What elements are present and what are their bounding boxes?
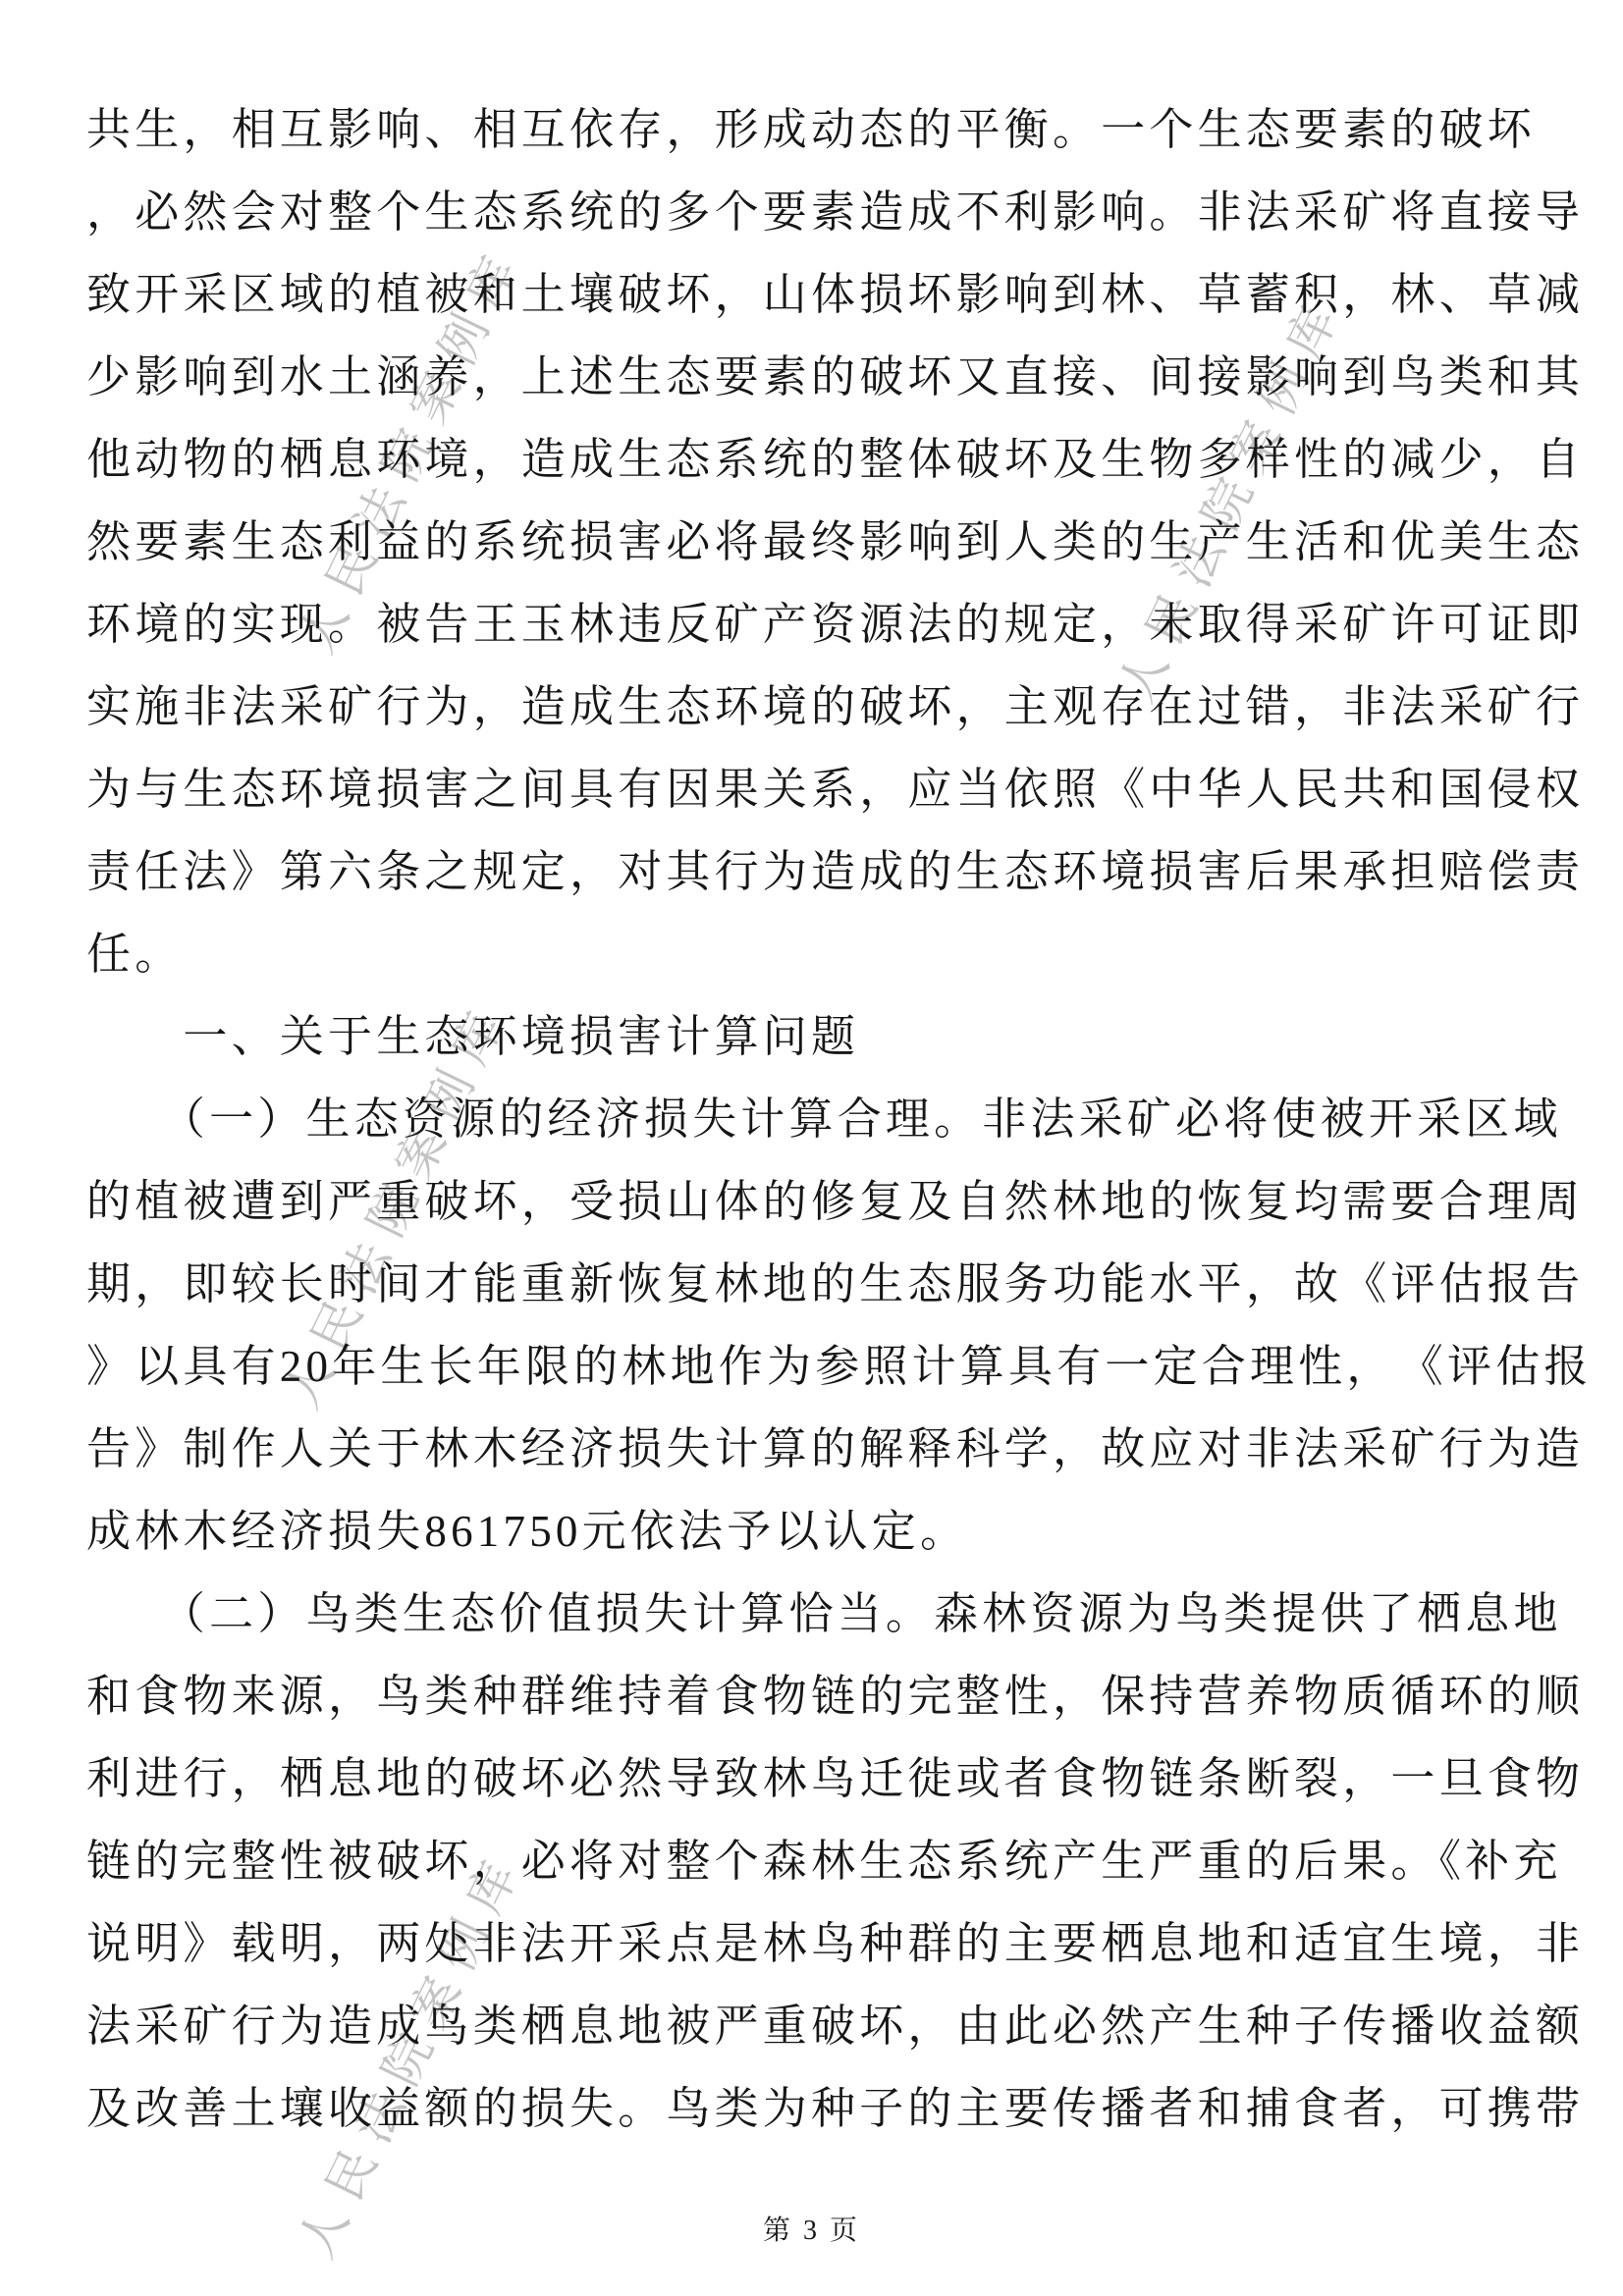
text-line: 链的完整性被破坏，必将对整个森林生态系统产生严重的后果。《补充 [86, 1820, 1537, 1902]
text-line: 环境的实现。被告王玉林违反矿产资源法的规定，未取得采矿许可证即 [86, 583, 1537, 666]
text-line: 及改善土壤收益额的损失。鸟类为种子的主要传播者和捕食者，可携带 [86, 2067, 1537, 2150]
text-line: （一）生态资源的经济损失计算合理。非法采矿必将使被开采区域 [86, 1078, 1537, 1160]
text-line: 致开采区域的植被和土壤破坏，山体损坏影响到林、草蓄积，林、草减 [86, 253, 1537, 336]
text-line: 期，即较长时间才能重新恢复林地的生态服务功能水平，故《评估报告 [86, 1243, 1537, 1325]
text-line: 为与生态环境损害之间具有因果关系，应当依照《中华人民共和国侵权 [86, 748, 1537, 830]
page-number: 第 3 页 [0, 2209, 1623, 2248]
text-line: 成林木经济损失861750元依法予以认定。 [86, 1490, 1537, 1573]
text-line: 然要素生态利益的系统损害必将最终影响到人类的生产生活和优美生态 [86, 501, 1537, 583]
text-line: 说明》载明，两处非法开采点是林鸟种群的主要栖息地和适宜生境，非 [86, 1902, 1537, 1985]
document-page: { "document": { "watermark": { "text": "… [0, 0, 1623, 2296]
text-line: 少影响到水土涵养，上述生态要素的破坏又直接、间接影响到鸟类和其 [86, 336, 1537, 418]
text-line: 他动物的栖息环境，造成生态系统的整体破坏及生物多样性的减少，自 [86, 418, 1537, 501]
text-line: 实施非法采矿行为，造成生态环境的破坏，主观存在过错，非法采矿行 [86, 666, 1537, 748]
text-line: 告》制作人关于林木经济损失计算的解释科学，故应对非法采矿行为造 [86, 1408, 1537, 1490]
text-line: 的植被遭到严重破坏，受损山体的修复及自然林地的恢复均需要合理周 [86, 1160, 1537, 1243]
text-line: 法采矿行为造成鸟类栖息地被严重破坏，由此必然产生种子传播收益额 [86, 1985, 1537, 2067]
text-line: 责任法》第六条之规定，对其行为造成的生态环境损害后果承担赔偿责 [86, 830, 1537, 913]
text-line: ，必然会对整个生态系统的多个要素造成不利影响。非法采矿将直接导 [86, 171, 1537, 253]
document-body: 共生，相互影响、相互依存，形成动态的平衡。一个生态要素的破坏，必然会对整个生态系… [86, 88, 1537, 2150]
text-line: 和食物来源，鸟类种群维持着食物链的完整性，保持营养物质循环的顺 [86, 1655, 1537, 1737]
text-line: 利进行，栖息地的破坏必然导致林鸟迁徙或者食物链条断裂，一旦食物 [86, 1737, 1537, 1820]
text-line: 共生，相互影响、相互依存，形成动态的平衡。一个生态要素的破坏 [86, 88, 1537, 171]
text-line: 任。 [86, 913, 1537, 995]
page-number-label: 第 3 页 [763, 2216, 860, 2246]
text-line: （二）鸟类生态价值损失计算恰当。森林资源为鸟类提供了栖息地 [86, 1573, 1537, 1655]
text-line: 》以具有20年生长年限的林地作为参照计算具有一定合理性， 《评估报 [86, 1325, 1537, 1408]
text-line: 一、关于生态环境损害计算问题 [86, 995, 1537, 1078]
